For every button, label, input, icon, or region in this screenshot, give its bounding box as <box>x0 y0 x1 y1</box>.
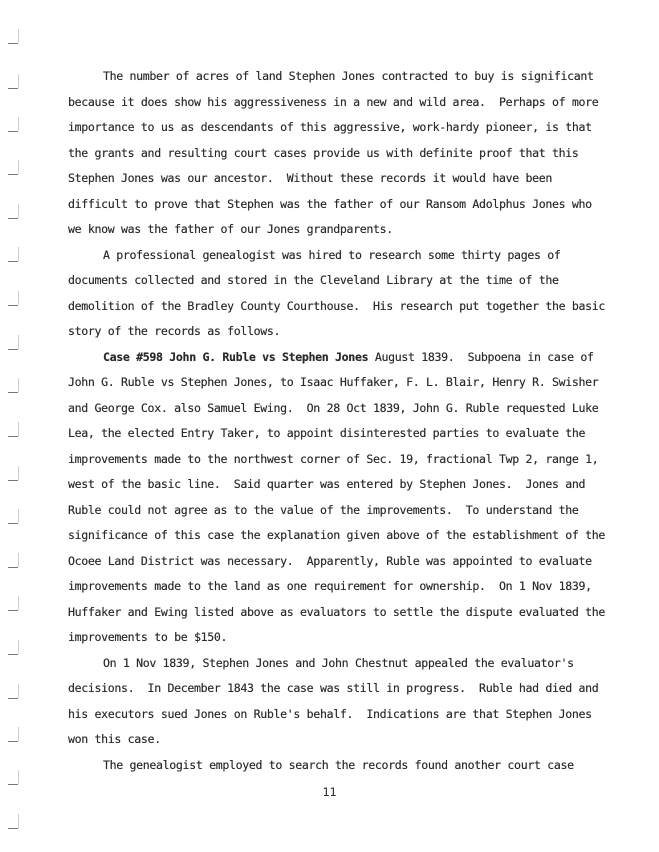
margin-tick <box>8 88 18 89</box>
paragraph-case-598: Case #598 John G. Ruble vs Stephen Jones… <box>68 345 628 651</box>
text-line: John G. Ruble vs Stephen Jones, to Isaac… <box>68 370 628 396</box>
text-line: difficult to prove that Stephen was the … <box>68 192 628 218</box>
text-line: A professional genealogist was hired to … <box>68 243 628 269</box>
paragraph: On 1 Nov 1839, Stephen Jones and John Ch… <box>68 651 628 753</box>
body-text: The number of acres of land Stephen Jone… <box>68 64 628 778</box>
text-line: significance of this case the explanatio… <box>68 523 628 549</box>
text-line: improvements made to the northwest corne… <box>68 447 628 473</box>
text-line: Ruble could not agree as to the value of… <box>68 498 628 524</box>
text-line: and George Cox. also Samuel Ewing. On 28… <box>68 396 628 422</box>
text-span: August 1839. Subpoena in case of <box>368 350 593 364</box>
margin-tick <box>8 349 18 350</box>
document-page: The number of acres of land Stephen Jone… <box>0 0 659 852</box>
text-line: improvements made to the land as one req… <box>68 574 628 600</box>
text-line: improvements to be $150. <box>68 625 628 651</box>
margin-tick <box>8 523 18 524</box>
text-line: Lea, the elected Entry Taker, to appoint… <box>68 421 628 447</box>
text-line: The genealogist employed to search the r… <box>68 753 628 779</box>
margin-tick <box>8 654 18 655</box>
margin-tick <box>8 698 18 699</box>
text-line: story of the records as follows. <box>68 319 628 345</box>
paragraph: A professional genealogist was hired to … <box>68 243 628 345</box>
text-line: we know was the father of our Jones gran… <box>68 217 628 243</box>
text-line: decisions. In December 1843 the case was… <box>68 676 628 702</box>
text-line: Stephen Jones was our ancestor. Without … <box>68 166 628 192</box>
margin-tick <box>8 392 18 393</box>
text-line: west of the basic line. Said quarter was… <box>68 472 628 498</box>
text-line: documents collected and stored in the Cl… <box>68 268 628 294</box>
text-line: won this case. <box>68 727 628 753</box>
text-line: because it does show his aggressiveness … <box>68 90 628 116</box>
margin-tick <box>8 741 18 742</box>
case-heading: Case #598 John G. Ruble vs Stephen Jones <box>103 350 368 364</box>
text-line: The number of acres of land Stephen Jone… <box>68 64 628 90</box>
margin-tick <box>8 305 18 306</box>
binding-margin-marks <box>0 0 30 852</box>
text-line: the grants and resulting court cases pro… <box>68 141 628 167</box>
text-line: demolition of the Bradley County Courtho… <box>68 294 628 320</box>
margin-tick <box>8 174 18 175</box>
margin-tick <box>8 610 18 611</box>
text-line: importance to us as descendants of this … <box>68 115 628 141</box>
text-line: Case #598 John G. Ruble vs Stephen Jones… <box>68 345 628 371</box>
margin-tick <box>8 567 18 568</box>
margin-tick <box>8 480 18 481</box>
margin-tick <box>8 261 18 262</box>
text-line: On 1 Nov 1839, Stephen Jones and John Ch… <box>68 651 628 677</box>
page-number: 11 <box>0 782 659 802</box>
margin-tick <box>8 43 18 44</box>
paragraph: The number of acres of land Stephen Jone… <box>68 64 628 243</box>
paragraph: The genealogist employed to search the r… <box>68 753 628 779</box>
margin-tick <box>8 436 18 437</box>
margin-tick <box>8 131 18 132</box>
margin-tick <box>8 828 18 829</box>
margin-tick <box>8 218 18 219</box>
text-line: Ocoee Land District was necessary. Appar… <box>68 549 628 575</box>
text-line: his executors sued Jones on Ruble's beha… <box>68 702 628 728</box>
text-line: Huffaker and Ewing listed above as evalu… <box>68 600 628 626</box>
